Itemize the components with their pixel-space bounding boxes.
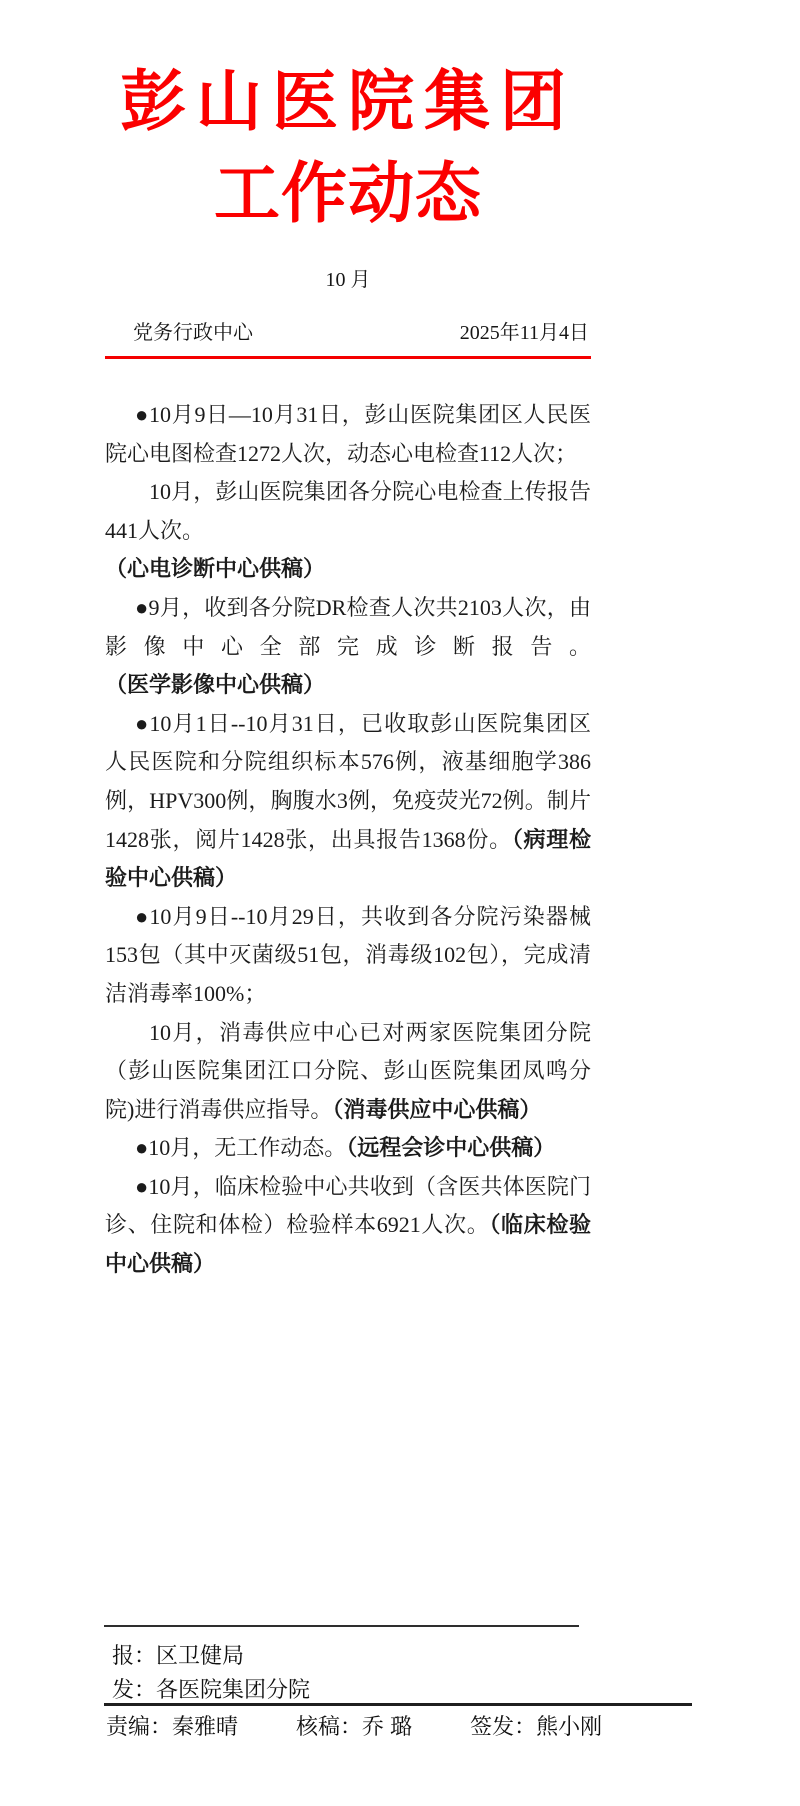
header-red-rule: [105, 356, 591, 359]
paragraph: （心电诊断中心供稿）: [105, 550, 591, 589]
footer-top-rule: [104, 1625, 579, 1627]
paragraph-text: ●10月9日--10月29日，共收到各分院污染器械153包（其中灭菌级51包，消…: [105, 904, 591, 1006]
paragraph: 10月，消毒供应中心已对两家医院集团分院（彭山医院集团江口分院、彭山医院集团凤鸣…: [105, 1014, 591, 1130]
paragraph-text: ●10月，无工作动态。: [135, 1135, 346, 1160]
reviewer: 核稿：乔 璐: [296, 1712, 412, 1742]
issuer: 签发：熊小刚: [470, 1712, 602, 1742]
issue-month: 10 月: [105, 266, 591, 294]
contributor-credit: （心电诊断中心供稿）: [105, 556, 325, 581]
paragraph: 10月，彭山医院集团各分院心电检查上传报告441人次。: [105, 473, 591, 550]
body-paragraphs: ●10月9日—10月31日，彭山医院集团区人民医院心电图检查1272人次，动态心…: [105, 396, 591, 1284]
masthead-title-line1: 彭山医院集团: [105, 57, 591, 149]
contributor-credit: （消毒供应中心供稿）: [332, 1097, 541, 1122]
masthead: 彭山医院集团 工作动态: [105, 57, 591, 241]
footer-editors: 责编：秦雅晴 核稿：乔 璐 签发：熊小刚: [106, 1712, 602, 1742]
distribute-to-line: 发：各医院集团分院: [112, 1673, 310, 1707]
paragraph: ●10月，无工作动态。（远程会诊中心供稿）: [105, 1129, 591, 1168]
paragraph-text: ●9月，收到各分院DR检查人次共2103人次，由影像中心全部完成诊断报告。: [105, 595, 591, 659]
paragraph: ●10月，临床检验中心共收到（含医共体医院门诊、住院和体检）检验样本6921人次…: [105, 1168, 591, 1284]
paragraph: ●10月9日—10月31日，彭山医院集团区人民医院心电图检查1272人次，动态心…: [105, 396, 591, 473]
footer-bottom-rule: [104, 1703, 692, 1706]
issuing-department: 党务行政中心: [105, 320, 253, 346]
editor-in-charge: 责编：秦雅晴: [106, 1712, 238, 1742]
footer-addresses: 报：区卫健局 发：各医院集团分院: [112, 1639, 310, 1707]
paragraph: ●9月，收到各分院DR检查人次共2103人次，由影像中心全部完成诊断报告。（医学…: [105, 589, 591, 705]
contributor-credit: （远程会诊中心供稿）: [346, 1135, 555, 1160]
issue-date: 2025年11月4日: [460, 320, 591, 346]
masthead-title-line2: 工作动态: [105, 149, 591, 241]
paragraph-text: 10月，彭山医院集团各分院心电检查上传报告441人次。: [105, 479, 591, 543]
paragraph: ●10月9日--10月29日，共收到各分院污染器械153包（其中灭菌级51包，消…: [105, 898, 591, 1014]
report-to-line: 报：区卫健局: [112, 1639, 310, 1673]
paragraph: ●10月1日--10月31日，已收取彭山医院集团区人民医院和分院组织标本576例…: [105, 705, 591, 898]
contributor-credit: （医学影像中心供稿）: [105, 672, 325, 697]
header-row: 党务行政中心 2025年11月4日: [105, 320, 591, 346]
paragraph-text: ●10月9日—10月31日，彭山医院集团区人民医院心电图检查1272人次，动态心…: [105, 402, 591, 466]
